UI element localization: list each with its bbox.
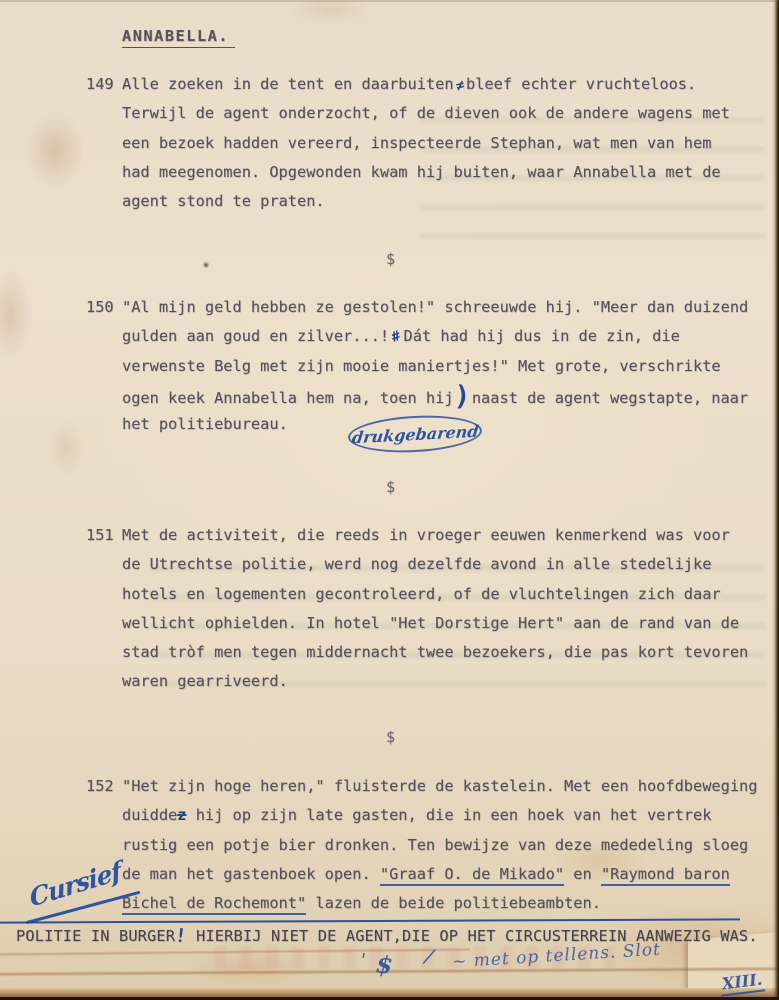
text-line: hotels en logementen gecontroleerd, of d… bbox=[122, 580, 748, 609]
page-right-edge bbox=[772, 0, 779, 1000]
text-line: agent stond te praten. bbox=[122, 187, 730, 216]
pen-dollar-mark: $ bbox=[375, 949, 395, 980]
text-line: Met de activiteit, die reeds in vroeger … bbox=[122, 521, 748, 550]
section-separator: $ bbox=[386, 250, 395, 268]
typed-text: hij op zijn late gasten, die in een hoek… bbox=[186, 806, 711, 824]
typed-text: duidde bbox=[122, 806, 177, 824]
underlined-name: "Raymond baron bbox=[601, 865, 730, 886]
text-line: wellicht ophielden. In hotel "Het Dorsti… bbox=[122, 609, 748, 638]
text-line: rustig een potje bier dronken. Ten bewij… bbox=[122, 831, 757, 860]
typed-text: de man het gastenboek open. bbox=[122, 865, 380, 883]
paragraph-152: 152 "Het zijn hoge heren," fluisterde de… bbox=[122, 772, 757, 918]
typed-text: en bbox=[564, 865, 601, 883]
underlined-name: "Graaf O. de Mikado" bbox=[380, 865, 564, 886]
text-line: de man het gastenboek open. "Graaf O. de… bbox=[122, 860, 757, 889]
typed-text: HIERBIJ NIET DE AGENT,DIE OP HET CIRCUST… bbox=[187, 927, 758, 945]
text-line: waren gearriveerd. bbox=[122, 667, 748, 696]
typed-text: POLITIE IN BURGER bbox=[16, 927, 175, 945]
typed-text: lazen de beide politiebeambten. bbox=[306, 894, 601, 912]
underlined-name: Bichel de Rochemont" bbox=[122, 894, 306, 915]
paragraph-number: 149 bbox=[86, 70, 114, 99]
text-line: een bezoek hadden vereerd, inspecteerde … bbox=[122, 129, 730, 158]
section-separator: $ bbox=[386, 478, 395, 496]
manuscript-page: ANNABELLA. 149 Alle zoeken in de tent en… bbox=[0, 0, 779, 1000]
paragraph-151: 151 Met de activiteit, die reeds in vroe… bbox=[122, 521, 748, 697]
text-line: gulden aan goud en zilver...!#Dát had hi… bbox=[122, 322, 748, 351]
section-separator: $ bbox=[386, 728, 395, 746]
text-line: duiddez hij op zijn late gasten, die in … bbox=[122, 801, 757, 830]
page-title: ANNABELLA. bbox=[122, 27, 235, 48]
text-line: had meegenomen. Opgewonden kwam hij buit… bbox=[122, 158, 730, 187]
paragraph-number: 150 bbox=[86, 293, 114, 322]
paragraph-149: 149 Alle zoeken in de tent en daarbuiten… bbox=[122, 70, 730, 216]
text-line: ogen keek Annabella hem na, toen hij)naa… bbox=[122, 381, 748, 410]
paragraph-number: 152 bbox=[86, 772, 114, 801]
margin-note-cursief: Cursief bbox=[28, 856, 123, 913]
typed-text: ogen keek Annabella hem na, toen hij bbox=[122, 389, 454, 407]
paragraph-number: 151 bbox=[86, 521, 114, 550]
text-line: "Al mijn geld hebben ze gestolen!" schre… bbox=[122, 293, 748, 322]
text-line: Bichel de Rochemont" lazen de beide poli… bbox=[122, 889, 757, 918]
pen-caret-mark: ) bbox=[453, 382, 471, 410]
text-line: stad tròf men tegen middernacht twee bez… bbox=[122, 638, 748, 667]
typed-text: Dát had hij dus in de zin, die bbox=[404, 327, 680, 345]
text-line: Alle zoeken in de tent en daarbuiten≠ble… bbox=[122, 70, 730, 99]
pen-insertion-mark: # bbox=[388, 323, 405, 353]
pen-underline-rule bbox=[0, 918, 740, 923]
text-line: "Het zijn hoge heren," fluisterde de kas… bbox=[122, 772, 757, 801]
handwritten-word: drukgebarend bbox=[351, 421, 480, 447]
text-line: Terwijl de agent onderzocht, of de dieve… bbox=[122, 99, 730, 128]
typed-text: Alle zoeken in de tent en daarbuiten bbox=[122, 75, 454, 93]
typed-text: bleef echter vruchteloos. bbox=[466, 75, 696, 93]
typed-text: naast de agent wegstapte, naar bbox=[472, 389, 748, 407]
page-top-edge bbox=[0, 0, 779, 2]
typed-text: gulden aan goud en zilver...! bbox=[122, 327, 389, 345]
text-line: verwenste Belg met zijn mooie maniertjes… bbox=[122, 352, 748, 381]
text-line: de Utrechtse politie, werd nog dezelfde … bbox=[122, 550, 748, 579]
